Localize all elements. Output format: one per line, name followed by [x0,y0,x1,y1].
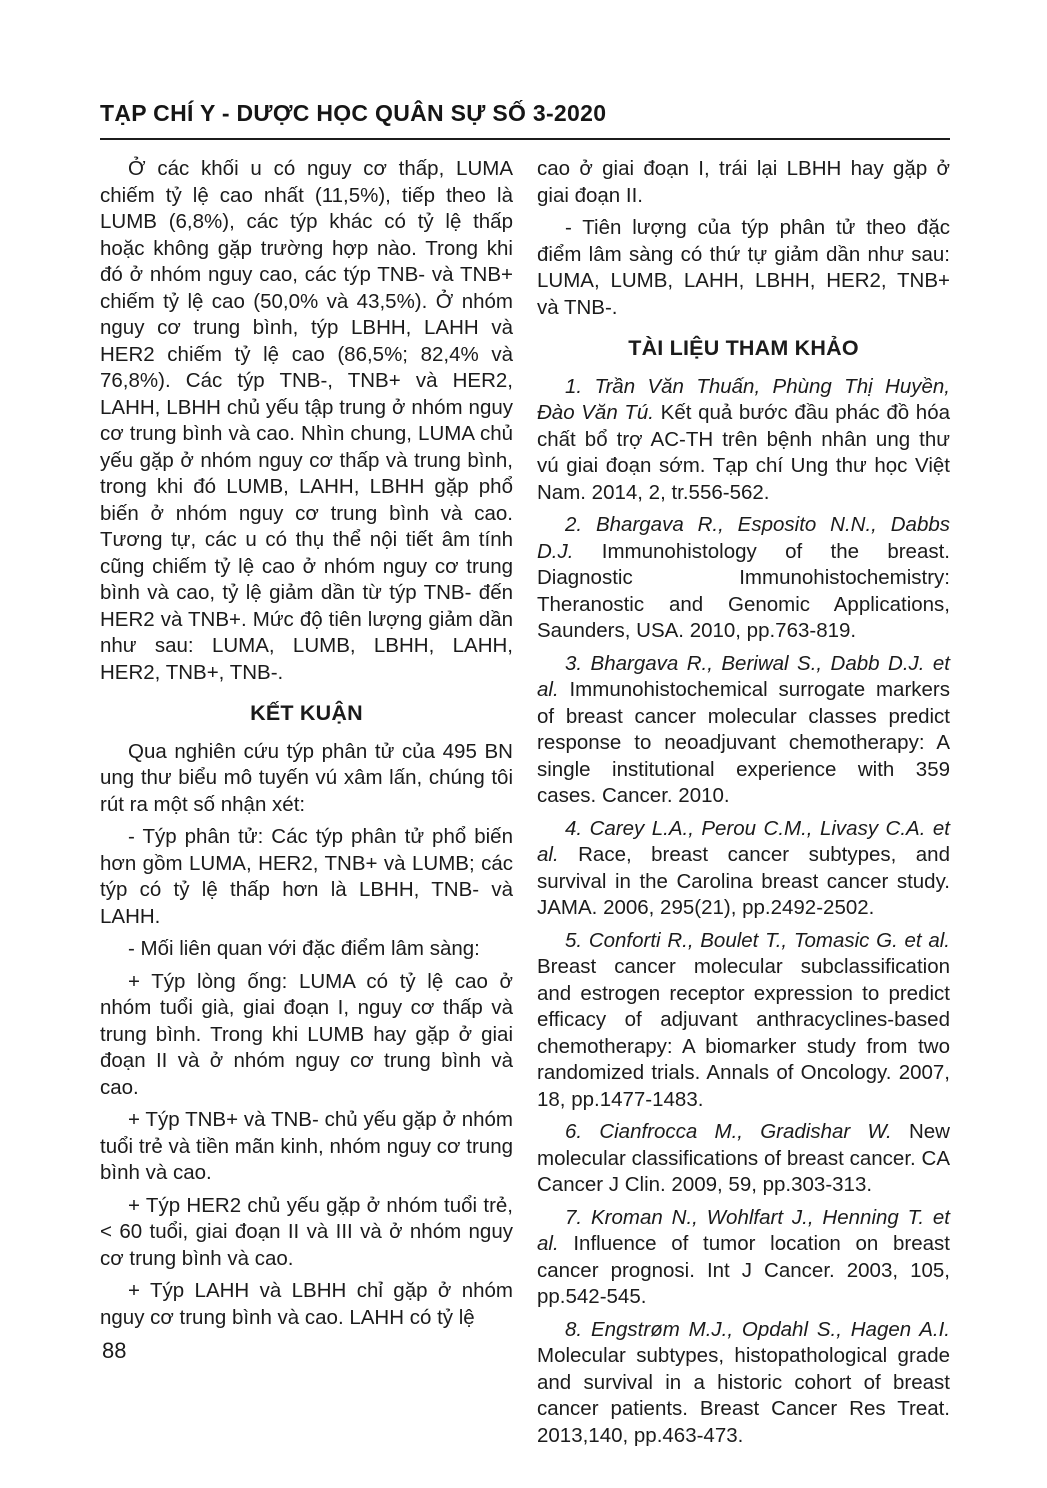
reference-text: Breast cancer molecular subclassificatio… [537,955,950,1111]
reference-text: Molecular subtypes, histopathological gr… [537,1344,950,1447]
reference-text: Immunohistology of the breast. Diagnosti… [537,540,950,643]
reference-item: 8. Engstrøm M.J., Opdahl S., Hagen A.I. … [537,1317,950,1450]
body-paragraph: Ở các khối u có nguy cơ thấp, LUMA chiếm… [100,156,513,686]
body-paragraph: - Tiên lượng của týp phân tử theo đặc đi… [537,215,950,321]
reference-authors: 6. Cianfrocca M., Gradishar W. [565,1120,892,1143]
conclusion-heading: KẾT KUẬN [100,700,513,727]
two-column-body: Ở các khối u có nguy cơ thấp, LUMA chiếm… [100,156,950,1455]
reference-text: Race, breast cancer subtypes, and surviv… [537,843,950,919]
reference-authors: 8. Engstrøm M.J., Opdahl S., Hagen A.I. [565,1318,950,1341]
conclusion-paragraph: + Týp lòng ống: LUMA có tỷ lệ cao ở nhóm… [100,969,513,1102]
reference-text: Immunohistochemical surrogate markers of… [537,678,950,807]
reference-authors: 5. Conforti R., Boulet T., Tomasic G. et… [565,929,950,952]
reference-item: 7. Kroman N., Wohlfart J., Henning T. et… [537,1205,950,1311]
conclusion-paragraph: + Týp TNB+ và TNB- chủ yếu gặp ở nhóm tu… [100,1107,513,1187]
conclusion-paragraph: + Týp HER2 chủ yếu gặp ở nhóm tuổi trẻ, … [100,1193,513,1273]
journal-page: TẠP CHÍ Y - DƯỢC HỌC QUÂN SỰ SỐ 3-2020 Ở… [0,0,1047,1488]
reference-item: 3. Bhargava R., Beriwal S., Dabb D.J. et… [537,651,950,810]
reference-item: 1. Trần Văn Thuấn, Phùng Thị Huyền, Đào … [537,374,950,507]
reference-item: 4. Carey L.A., Perou C.M., Livasy C.A. e… [537,816,950,922]
references-heading: TÀI LIỆU THAM KHẢO [537,335,950,362]
reference-text: Influence of tumor location on breast ca… [537,1232,950,1308]
conclusion-paragraph: Qua nghiên cứu týp phân tử của 495 BN un… [100,739,513,819]
reference-item: 6. Cianfrocca M., Gradishar W. New molec… [537,1119,950,1199]
conclusion-paragraph: + Týp LAHH và LBHH chỉ gặp ở nhóm nguy c… [100,1278,513,1331]
right-column: cao ở giai đoạn I, trái lại LBHH hay gặp… [537,156,950,1455]
reference-item: 5. Conforti R., Boulet T., Tomasic G. et… [537,928,950,1114]
conclusion-paragraph: - Mối liên quan với đặc điểm lâm sàng: [100,936,513,963]
reference-item: 2. Bhargava R., Esposito N.N., Dabbs D.J… [537,512,950,645]
page-number: 88 [102,1338,126,1364]
journal-title: TẠP CHÍ Y - DƯỢC HỌC QUÂN SỰ SỐ 3-2020 [100,100,950,127]
continuation-paragraph: cao ở giai đoạn I, trái lại LBHH hay gặp… [537,156,950,209]
left-column: Ở các khối u có nguy cơ thấp, LUMA chiếm… [100,156,513,1455]
conclusion-paragraph: - Týp phân tử: Các týp phân tử phổ biến … [100,824,513,930]
page-header: TẠP CHÍ Y - DƯỢC HỌC QUÂN SỰ SỐ 3-2020 [100,100,950,140]
